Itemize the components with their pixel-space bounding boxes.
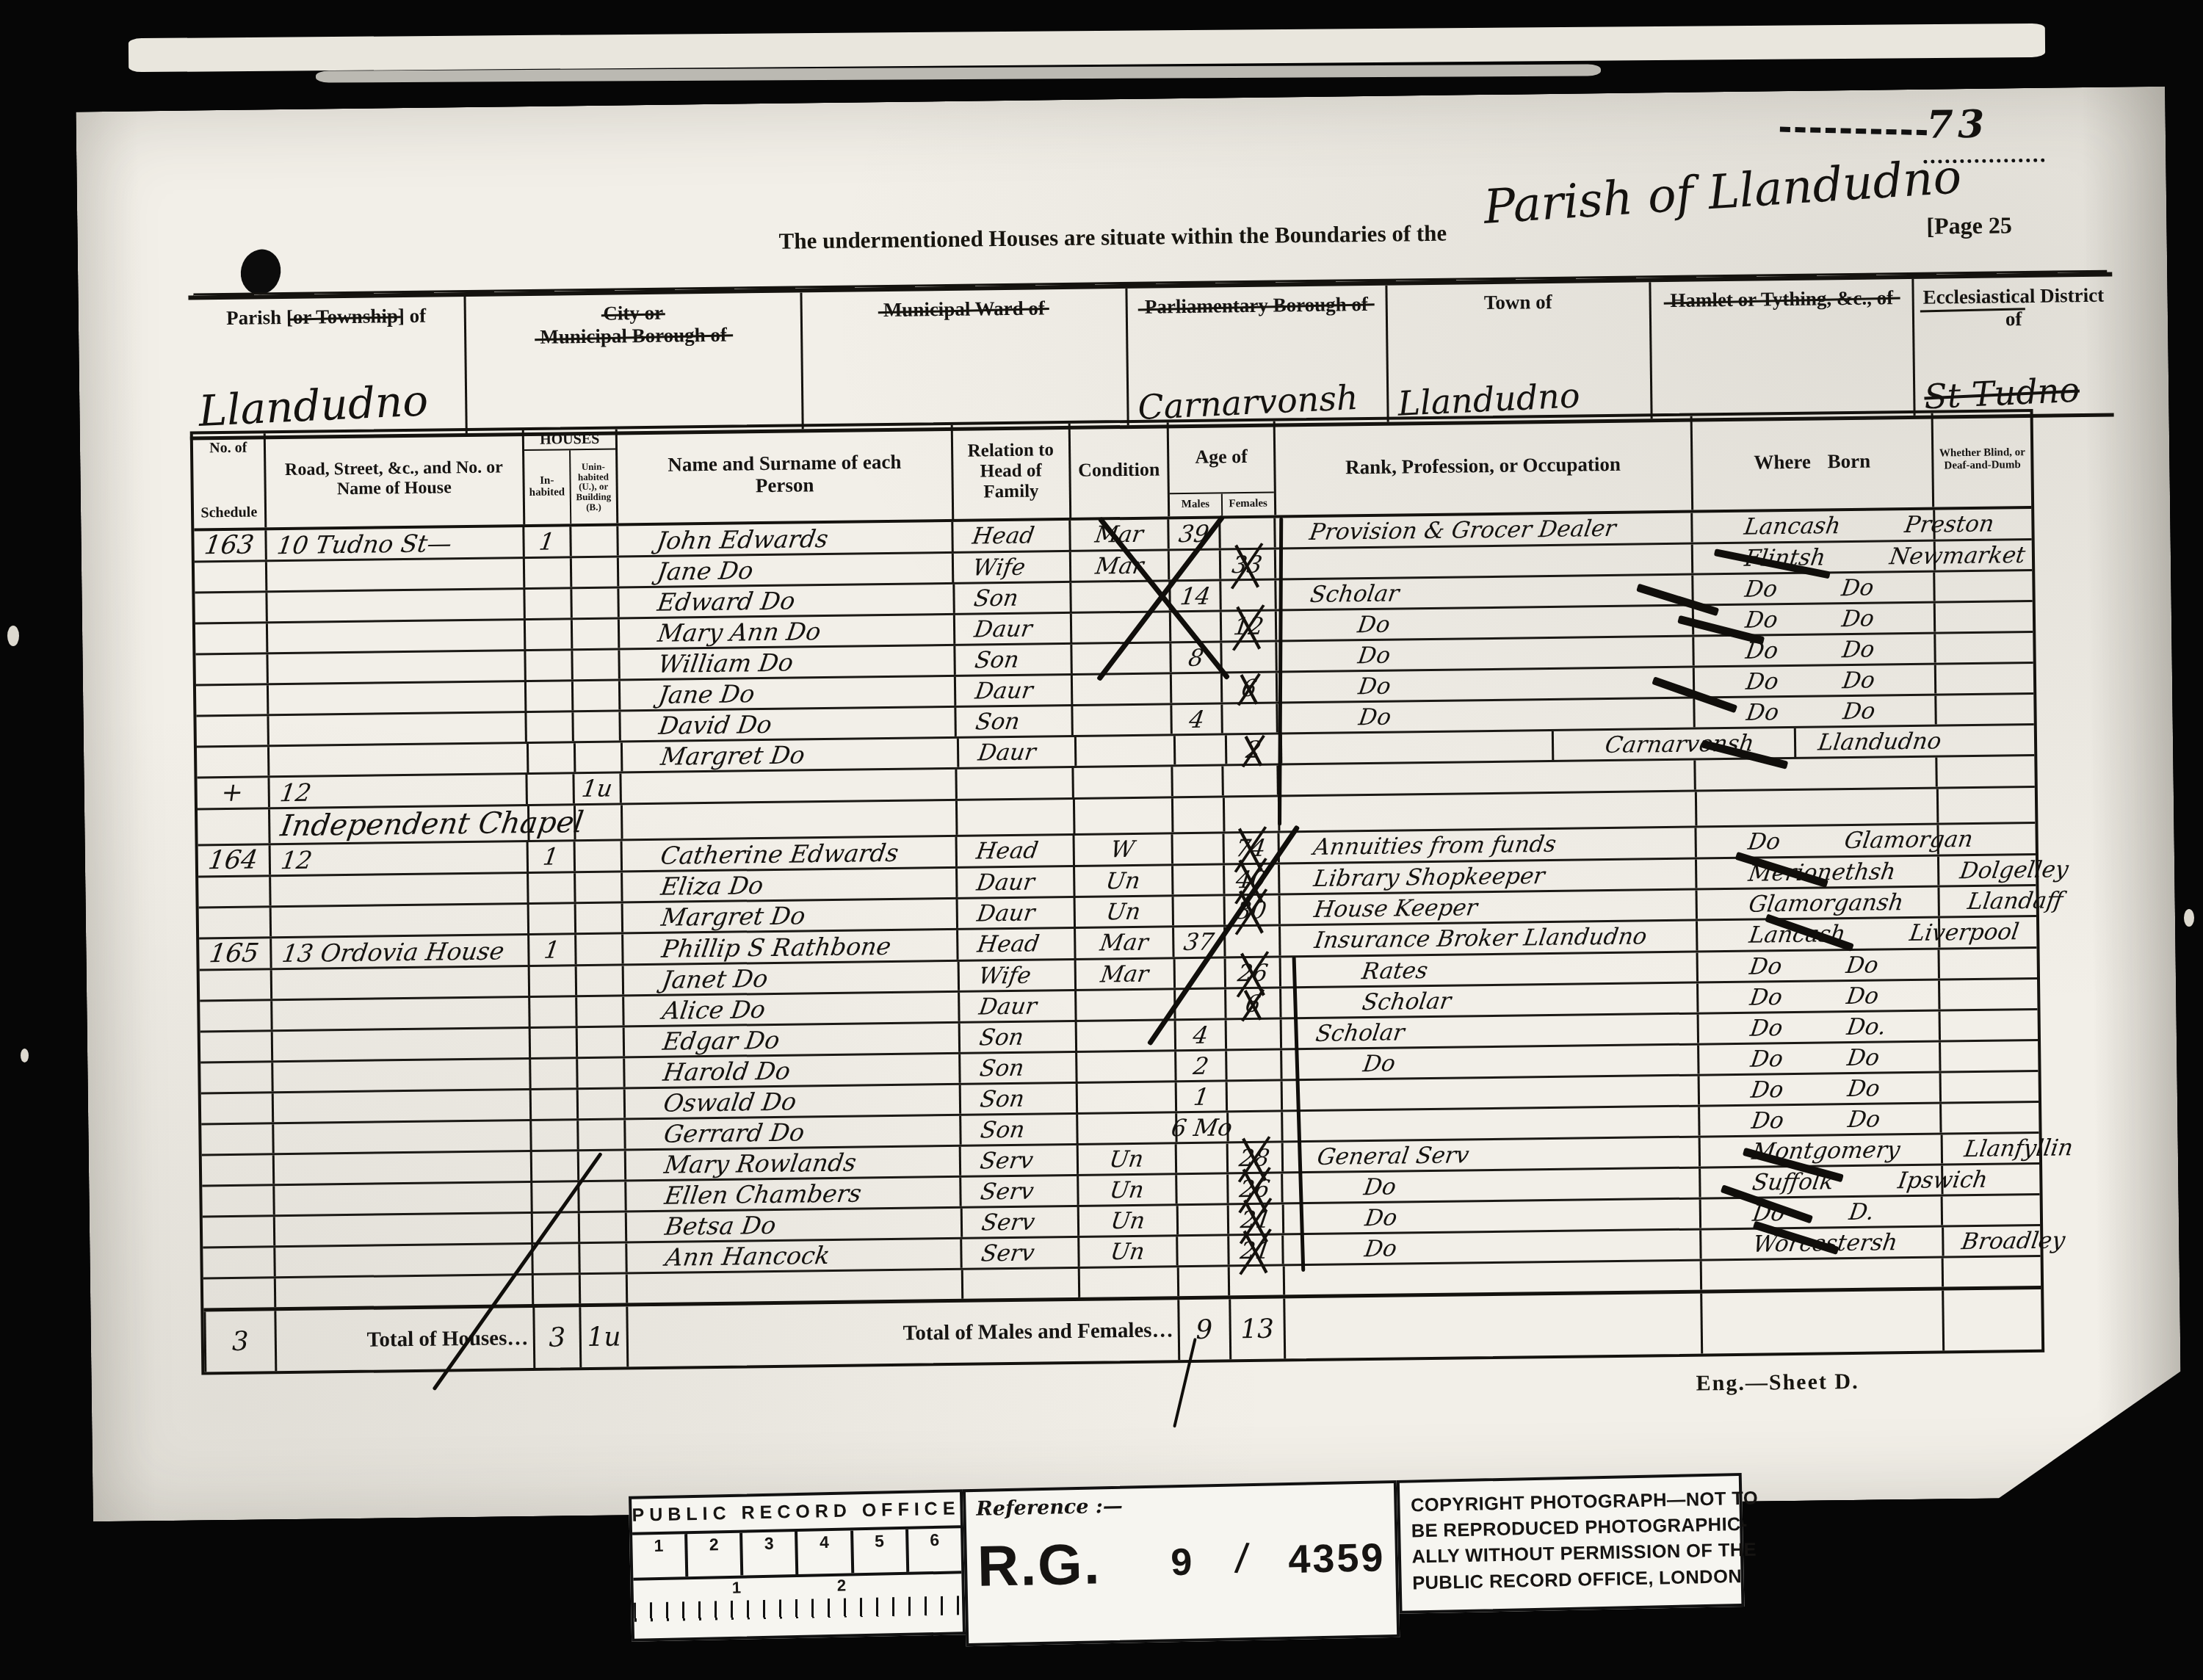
cell-condition	[1072, 767, 1171, 797]
cell-road: 12	[267, 775, 526, 807]
cell-road	[270, 998, 529, 1029]
cell-where-born: Do D.	[1699, 1197, 1942, 1228]
cell-where-born: Do Do	[1693, 665, 1935, 697]
cell-age-female	[1221, 704, 1276, 734]
cell-inhabited	[524, 651, 571, 680]
cell-road	[271, 1090, 529, 1122]
col-header-houses: HOUSES In-habited Unin-habited (U.), or …	[521, 430, 616, 525]
cell-relation: Head	[956, 929, 1074, 960]
col-header-rank: Rank, Profession, or Occupation	[1273, 416, 1691, 515]
cell-age-female	[1226, 1082, 1281, 1111]
cell-occupation	[1278, 792, 1695, 831]
cell-schedule	[202, 1155, 272, 1184]
cell-inhabited	[527, 743, 574, 772]
cell-inhabited	[524, 620, 571, 649]
cell-occupation: Insurance Broker Llandudno	[1278, 922, 1696, 956]
cell-schedule	[199, 908, 270, 937]
cell-condition: Un	[1077, 1206, 1176, 1236]
district-label: Parish [or Township] of	[189, 297, 464, 330]
cell-condition	[1071, 674, 1170, 704]
cell-age-female: 74	[1222, 833, 1277, 863]
cell-age-female	[1218, 518, 1273, 548]
cell-name: Eliza Do	[621, 869, 956, 902]
cell-road: 13 Ordovia House	[270, 935, 528, 968]
district-label: Parliamentary Borough of	[1127, 286, 1385, 319]
cell-blind	[1938, 949, 2037, 979]
reference-series: R.G.	[977, 1540, 1101, 1589]
cell-occupation: Scholar	[1279, 984, 1697, 1018]
cell-condition: Un	[1073, 866, 1172, 896]
col-header-blind: Whether Blind, or Deaf-and-Dumb	[1931, 412, 2031, 507]
cell-age-male	[1171, 766, 1222, 796]
cell-where-born: Glamorgansh Llandaff	[1695, 888, 1937, 919]
cell-road	[273, 1245, 532, 1276]
cell-condition: Un	[1077, 1237, 1176, 1267]
cell-uninhabited	[578, 1243, 625, 1272]
cell-road	[269, 905, 527, 936]
cell-condition	[1076, 1113, 1175, 1143]
cell-occupation	[1281, 1107, 1699, 1141]
cell-uninhabited	[572, 712, 619, 741]
district-cell: Town ofLlandudno	[1385, 282, 1650, 421]
inch-ruler: 123456	[632, 1525, 961, 1580]
cell-inhabited	[527, 873, 574, 902]
cell-road	[265, 590, 524, 621]
cell-occupation	[1273, 545, 1690, 579]
cell-schedule	[195, 562, 265, 591]
cell-occupation: Do	[1276, 699, 1693, 733]
cell-age-male: 14	[1168, 581, 1220, 610]
cell-relation: Serv	[959, 1145, 1077, 1176]
total-inhabited: 3	[532, 1307, 580, 1368]
col-header-age: Age of Males Females	[1167, 421, 1274, 517]
pro-title: PUBLIC RECORD OFFICE	[632, 1492, 961, 1526]
reference-slash: /	[1233, 1534, 1251, 1584]
district-cell: Parish [or Township] ofLlandudno	[189, 297, 466, 437]
cell-uninhabited	[574, 934, 621, 964]
cell-age-female	[1220, 581, 1275, 610]
cell-inhabited	[530, 1151, 577, 1181]
cell-road	[272, 1152, 530, 1184]
cell-age-male	[1176, 1205, 1227, 1234]
cell-age-female: 26	[1224, 958, 1279, 988]
cell-relation: Son	[958, 1022, 1075, 1052]
cell-condition	[1078, 1267, 1177, 1297]
cell-age-male	[1175, 1174, 1226, 1203]
cell-occupation: Do	[1276, 668, 1693, 702]
cell-relation: Daur	[956, 898, 1074, 928]
col-header-born: Where Born	[1690, 413, 1932, 510]
cell-blind	[1933, 602, 2033, 632]
cell-condition	[1073, 798, 1172, 833]
cell-inhabited: 1	[527, 841, 574, 872]
cell-inhabited	[524, 681, 571, 711]
cell-age-female: 28	[1226, 1143, 1281, 1173]
cell-schedule	[198, 809, 268, 844]
cell-uninhabited	[571, 619, 618, 648]
cell-relation: Son	[953, 645, 1071, 675]
cell-schedule	[201, 1093, 272, 1123]
cell-occupation: Scholar	[1274, 576, 1692, 609]
cell-relation: Son	[958, 1084, 1076, 1114]
cell-inhabited	[529, 1090, 576, 1119]
cell-age-female	[1225, 1020, 1280, 1049]
cell-schedule: 164	[198, 845, 269, 875]
inch-mark: 4	[795, 1530, 851, 1574]
cell-where-born: Do Do.	[1697, 1012, 1939, 1043]
cell-road	[269, 874, 527, 905]
cell-road	[270, 1029, 529, 1060]
cell-uninhabited	[575, 996, 622, 1026]
cell-occupation: Do	[1275, 607, 1693, 640]
cell-condition	[1075, 1051, 1174, 1082]
district-cell: City orMunicipal Borough of	[463, 292, 802, 433]
cell-schedule	[203, 1248, 273, 1277]
cell-occupation	[1277, 761, 1695, 795]
cell-road	[267, 682, 525, 714]
cell-name: Jane Do	[618, 677, 954, 710]
cell-age-male	[1172, 896, 1223, 925]
boundary-parish-handwritten: Parish of Llandudno	[1482, 150, 1963, 235]
col-header-road: Road, Street, &c., and No. or Name of Ho…	[263, 430, 522, 527]
paper-speck	[21, 1049, 29, 1062]
cell-relation: Wife	[957, 960, 1074, 991]
cell-occupation	[1281, 1076, 1699, 1110]
cell-age-female	[1220, 642, 1276, 672]
cell-condition: Un	[1073, 897, 1172, 927]
cell-schedule	[200, 970, 270, 999]
district-label: Hamlet or Tything, &c., of	[1651, 279, 1912, 312]
cell-where-born: Lancash Preston	[1690, 510, 1933, 543]
cell-blind	[1939, 1010, 2038, 1040]
cell-road	[271, 1060, 529, 1091]
cell-inhabited	[525, 712, 572, 742]
cell-age-male	[1169, 673, 1220, 703]
cell-inhabited	[532, 1244, 579, 1273]
cell-name: John Edwards	[616, 522, 952, 556]
inch-mark: 2	[684, 1533, 740, 1577]
totals-empty-cell	[1942, 1289, 2042, 1351]
cell-age-male: 4	[1173, 1020, 1225, 1049]
cell-schedule	[198, 877, 269, 906]
cell-road	[267, 713, 525, 745]
district-label: Municipal Ward of	[803, 289, 1126, 322]
cell-uninhabited	[576, 1120, 623, 1149]
cell-relation: Daur	[953, 676, 1071, 706]
total-houses-label: Total of Houses…	[274, 1308, 533, 1371]
cell-condition	[1074, 990, 1173, 1020]
cell-relation: Daur	[955, 867, 1073, 897]
table-body: 16310 Tudno St—1John EdwardsHeadMar39Pro…	[194, 509, 2041, 1308]
cell-where-born: Do Do	[1696, 950, 1939, 982]
cell-road: 10 Tudno St—	[264, 527, 523, 560]
cell-road	[267, 744, 527, 775]
cell-inhabited	[529, 1028, 576, 1057]
cell-blind	[1939, 1072, 2039, 1102]
cell-uninhabited	[576, 1027, 623, 1057]
cell-occupation: House Keeper	[1278, 891, 1695, 924]
cell-schedule	[202, 1186, 272, 1215]
cell-occupation: Rates	[1279, 953, 1697, 987]
cell-condition: W	[1072, 834, 1171, 865]
cell-age-male	[1176, 1267, 1228, 1296]
cell-uninhabited	[574, 742, 621, 772]
public-record-office-stamp: PUBLIC RECORD OFFICE 123456 12 Reference…	[629, 1473, 1737, 1647]
cell-where-born	[1694, 758, 1936, 790]
cell-where-born	[1694, 789, 1936, 826]
cell-where-born: Do Do	[1696, 981, 1939, 1013]
pen-dashes	[1780, 127, 1927, 136]
cell-name: Ellen Chambers	[624, 1178, 960, 1211]
cell-age-male: 4	[1170, 704, 1221, 734]
cell-relation: Son	[952, 583, 1070, 613]
district-label: City orMunicipal Borough of	[466, 292, 800, 350]
district-handwritten-value: St Tudno	[1924, 369, 2081, 416]
cell-schedule	[195, 593, 265, 622]
paper-speck	[2184, 909, 2194, 927]
cell-uninhabited	[577, 1181, 624, 1211]
cell-inhabited	[528, 966, 575, 996]
cell-schedule	[200, 1062, 271, 1092]
cell-road	[266, 620, 524, 652]
census-sheet: 73 The undermentioned Houses are situate…	[76, 87, 2182, 1522]
cell-relation	[961, 1269, 1078, 1299]
copyright-box: COPYRIGHT PHOTOGRAPH—NOT TOBE REPRODUCED…	[1397, 1473, 1745, 1614]
col-header-males: Males	[1170, 493, 1221, 516]
cell-road	[266, 651, 524, 683]
cell-inhabited	[532, 1275, 579, 1304]
cell-condition: Un	[1077, 1175, 1176, 1205]
cell-blind	[1933, 571, 2033, 601]
cm-mark: 2	[836, 1576, 846, 1596]
cell-schedule	[196, 716, 267, 745]
cell-age-female: 26	[1226, 1174, 1281, 1203]
cell-name: Edward Do	[617, 584, 952, 618]
cell-age-male	[1171, 833, 1223, 863]
cell-road: 12	[268, 842, 527, 875]
cell-inhabited	[530, 1120, 577, 1150]
cell-inhabited: 1	[523, 526, 570, 557]
ink-blot	[236, 245, 286, 299]
cell-blind	[1942, 1257, 2041, 1287]
cell-schedule	[196, 685, 267, 714]
cell-age-female	[1222, 766, 1277, 796]
reference-item: 4359	[1288, 1535, 1386, 1582]
cell-uninhabited	[570, 558, 617, 587]
col-header-condition: Condition	[1068, 422, 1168, 518]
sheet-note: Eng.—Sheet D.	[1696, 1369, 1859, 1397]
district-cell: Municipal Ward of	[800, 289, 1127, 429]
cell-uninhabited	[571, 650, 618, 679]
cm-mark: 1	[731, 1579, 741, 1598]
cell-uninhabited	[569, 526, 616, 557]
cell-age-male	[1176, 1236, 1227, 1265]
cell-where-born	[1700, 1259, 1942, 1290]
cell-uninhabited	[575, 966, 622, 995]
total-uninhabited: 1u	[579, 1306, 627, 1367]
cell-age-female	[1226, 1112, 1281, 1142]
cell-occupation: General Serv	[1281, 1138, 1698, 1172]
cell-relation: Wife	[952, 552, 1069, 582]
total-schedule-count: 3	[203, 1311, 275, 1372]
cell-name: Phillip S Rathbone	[621, 930, 957, 964]
cell-name: William Do	[618, 646, 953, 679]
cell-occupation: Do	[1280, 1046, 1698, 1079]
cell-blind	[1938, 980, 2037, 1010]
cell-name: Mary Rowlands	[624, 1147, 960, 1180]
cell-condition: Mar	[1068, 551, 1168, 581]
cell-occupation: Do	[1282, 1231, 1700, 1264]
cell-condition: Mar	[1074, 959, 1173, 989]
cell-relation: Serv	[959, 1176, 1077, 1206]
cell-occupation: Annuities from funds	[1277, 828, 1694, 863]
cell-condition	[1071, 705, 1170, 735]
cell-road: Independent Chapel	[268, 806, 528, 843]
cell-uninhabited	[579, 1274, 626, 1303]
cell-relation: Head	[955, 836, 1073, 866]
cell-name: Margret Do	[621, 899, 956, 933]
cell-relation	[955, 800, 1073, 835]
cell-blind	[1934, 664, 2033, 694]
cell-schedule	[195, 654, 266, 684]
cell-condition: Mar	[1074, 927, 1173, 958]
cell-age-male	[1175, 1143, 1226, 1173]
col-header-schedule: No. ofSchedule	[193, 433, 264, 528]
cell-name: Margret Do	[621, 739, 957, 772]
cell-where-born: Do Do	[1693, 634, 1935, 666]
cell-age-female: 6	[1224, 989, 1279, 1018]
cell-inhabited	[524, 589, 571, 618]
cell-schedule	[201, 1124, 272, 1154]
cell-condition	[1076, 1082, 1175, 1112]
cell-name: Jane Do	[617, 554, 952, 587]
cell-age-male: 6 Mo	[1175, 1112, 1226, 1142]
cell-age-female: 21	[1227, 1204, 1282, 1234]
cell-blind	[1934, 633, 2033, 663]
cell-relation: Son	[958, 1053, 1076, 1083]
cell-relation: Serv	[960, 1207, 1077, 1237]
cell-schedule	[197, 747, 267, 776]
cell-relation: Daur	[957, 737, 1074, 767]
cell-condition	[1074, 736, 1173, 766]
cell-relation: Daur	[958, 991, 1075, 1021]
totals-empty-cell	[1701, 1291, 1943, 1354]
col-header-relation: Relation to Head of Family	[951, 424, 1069, 519]
cell-schedule	[200, 1001, 270, 1030]
cell-occupation: Library Shopkeeper	[1278, 860, 1695, 894]
cell-relation: Daur	[952, 614, 1070, 644]
cell-schedule	[200, 1032, 271, 1061]
cell-name: Alice Do	[622, 993, 958, 1026]
col-header-inhabited: In-habited	[524, 451, 570, 524]
cell-age-female: 12	[1220, 612, 1275, 641]
totals-empty-cell	[1284, 1294, 1701, 1359]
total-males: 9	[1177, 1299, 1229, 1360]
cell-inhabited	[527, 904, 574, 933]
cell-uninhabited	[574, 841, 621, 871]
inch-mark: 1	[632, 1534, 685, 1577]
cell-age-male: 2	[1174, 1051, 1226, 1080]
reference-piece: 9	[1171, 1540, 1193, 1585]
cell-relation: Head	[951, 521, 1068, 551]
cell-name	[619, 770, 955, 803]
cell-uninhabited	[576, 1089, 623, 1118]
col-header-name: Name and Surname of each Person	[615, 425, 952, 524]
cell-occupation: Do	[1275, 637, 1693, 671]
cell-inhabited	[529, 997, 576, 1027]
reference-label: Reference :—	[976, 1489, 1384, 1521]
inch-mark: 6	[905, 1528, 961, 1572]
cell-occupation: Do	[1281, 1169, 1699, 1203]
cell-road	[272, 1121, 530, 1153]
cell-where-born: Do Do	[1693, 696, 1936, 728]
cell-road	[272, 1183, 531, 1214]
cell-name: Oswald Do	[623, 1085, 959, 1118]
cell-age-female: 33	[1219, 550, 1274, 579]
cell-uninhabited	[571, 588, 618, 618]
cell-schedule	[195, 623, 266, 653]
cell-blind	[1935, 695, 2034, 725]
cell-age-female: 2	[1225, 734, 1280, 764]
cell-age-female: 21	[1227, 1236, 1282, 1265]
cell-name: Edgar Do	[623, 1024, 958, 1057]
cell-inhabited	[523, 558, 570, 587]
cell-uninhabited	[576, 1058, 623, 1087]
cell-where-born: Montgomery Llanfyllin	[1698, 1135, 1940, 1167]
paper-speck	[7, 626, 19, 646]
cell-age-female	[1223, 927, 1278, 957]
cell-age-male	[1171, 797, 1223, 832]
cell-blind	[1939, 1041, 2039, 1071]
cell-occupation: Scholar	[1280, 1015, 1698, 1049]
cell-name: Catherine Edwards	[620, 837, 955, 871]
cell-relation: Serv	[960, 1238, 1077, 1268]
pro-ruler-box: PUBLIC RECORD OFFICE 123456 12	[629, 1489, 966, 1641]
cell-uninhabited	[578, 1212, 625, 1242]
total-females: 13	[1229, 1298, 1284, 1359]
cell-blind	[1940, 1103, 2039, 1133]
cell-blind	[1941, 1195, 2040, 1225]
cell-name: Harold Do	[623, 1054, 958, 1087]
cell-age-female	[1228, 1266, 1283, 1295]
col-header-uninhabited: Unin-habited (U.), or Building (B.)	[569, 450, 616, 524]
cm-ruler: 12	[633, 1574, 962, 1621]
cell-inhabited	[526, 774, 573, 804]
cell-where-born: Do Glamorgan	[1694, 825, 1936, 858]
district-cell: Ecclesiastical District ofSt Tudno	[1912, 277, 2114, 416]
boundary-heading: The undermentioned Houses are situate wi…	[778, 220, 1447, 255]
cell-relation	[955, 768, 1072, 799]
cell-road	[270, 967, 528, 999]
cell-where-born: Do Do	[1699, 1104, 1941, 1136]
cell-age-male: 1	[1174, 1082, 1226, 1111]
cell-occupation: Do	[1282, 1200, 1700, 1234]
cell-schedule	[203, 1278, 274, 1308]
cell-inhabited	[529, 1059, 576, 1088]
cell-occupation: Provision & Grocer Dealer	[1273, 513, 1690, 548]
cell-age-male	[1171, 865, 1223, 894]
cell-blind	[1936, 756, 2035, 787]
cell-uninhabited	[574, 903, 621, 933]
folio-number: 73	[1926, 102, 1989, 148]
cell-uninhabited	[571, 681, 618, 710]
cell-schedule: +	[197, 778, 267, 808]
col-header-females: Females	[1221, 493, 1274, 516]
cell-age-female	[1223, 797, 1278, 832]
cell-road	[272, 1214, 531, 1245]
cell-name: Ann Hancock	[625, 1239, 961, 1272]
torn-paper-edge	[129, 23, 2045, 72]
